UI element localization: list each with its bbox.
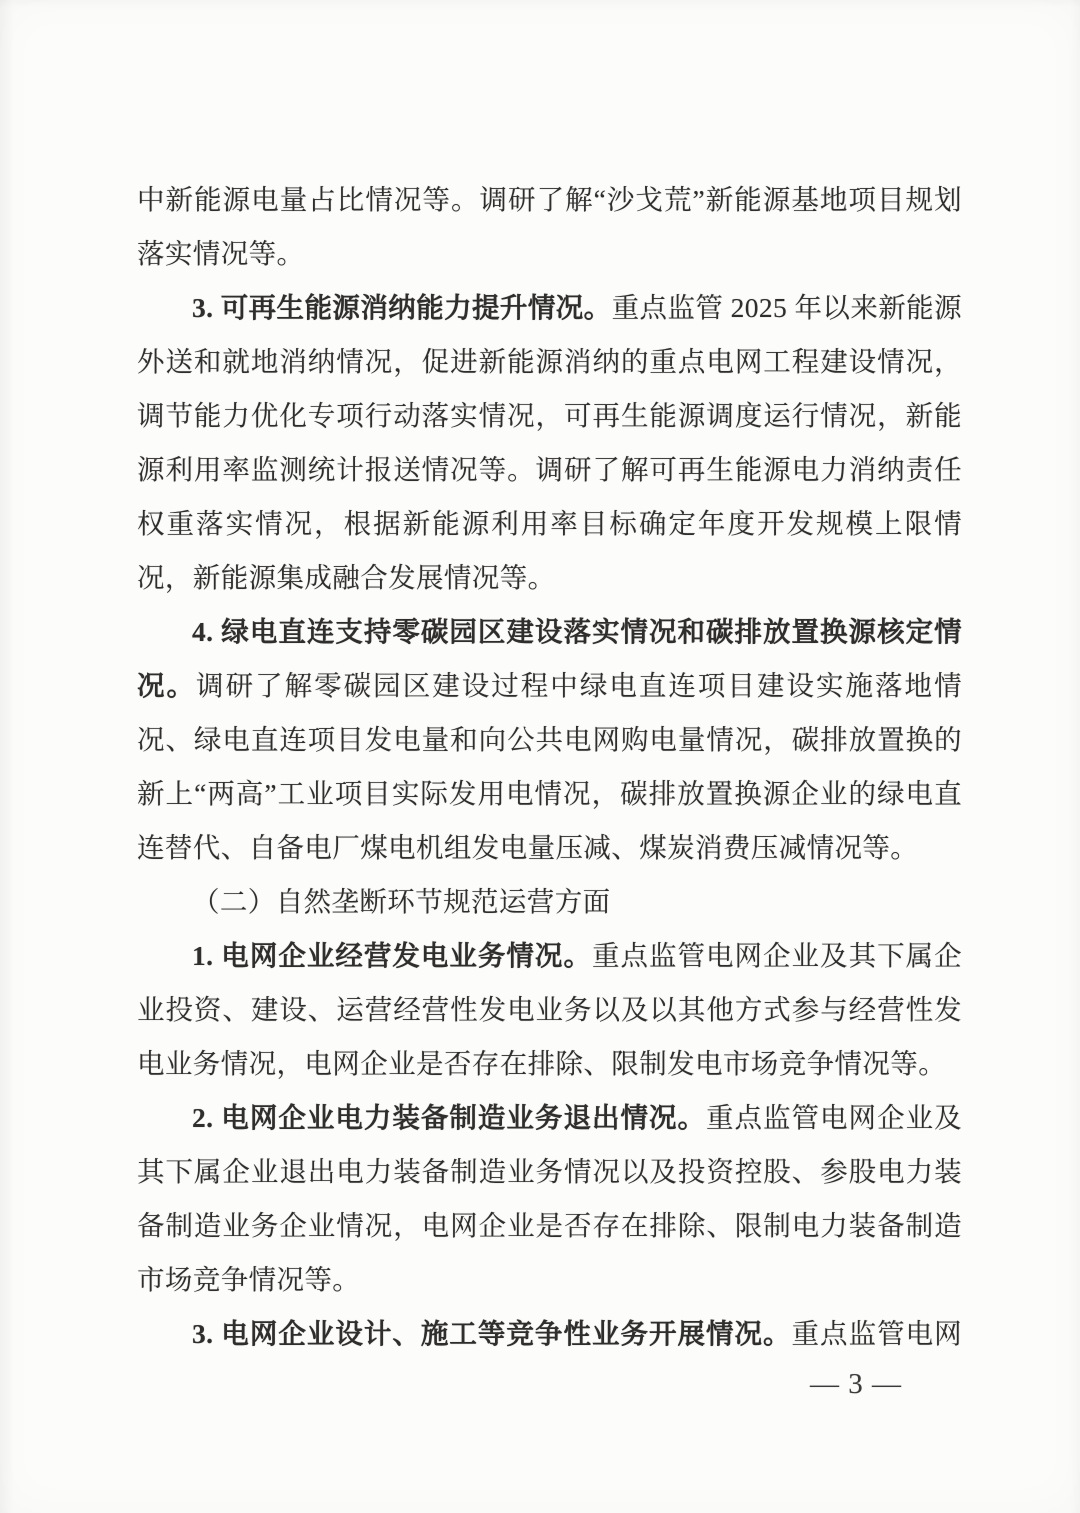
- paragraph-text: 重点监管电网: [792, 1318, 962, 1349]
- paragraph: 2. 电网企业电力装备制造业务退出情况。重点监管电网企业及其下属企业退出电力装备…: [137, 1091, 962, 1307]
- paragraph-bold-lead: 1. 电网企业经营发电业务情况。: [192, 940, 592, 971]
- paragraph: 中新能源电量占比情况等。调研了解“沙戈荒”新能源基地项目规划落实情况等。: [137, 173, 962, 281]
- page-number-footer: — 3 —: [810, 1366, 902, 1402]
- paragraph: 3. 电网企业设计、施工等竞争性业务开展情况。重点监管电网: [137, 1307, 962, 1361]
- section-heading: （二）自然垄断环节规范运营方面: [137, 875, 962, 929]
- document-body: 中新能源电量占比情况等。调研了解“沙戈荒”新能源基地项目规划落实情况等。3. 可…: [137, 173, 962, 1361]
- paragraph-bold-lead: 2. 电网企业电力装备制造业务退出情况。: [192, 1102, 706, 1133]
- paragraph-text: （二）自然垄断环节规范运营方面: [192, 886, 611, 917]
- paragraph-text: 调研了解零碳园区建设过程中绿电直连项目建设实施落地情况、绿电直连项目发电量和向公…: [137, 670, 962, 863]
- paragraph: 4. 绿电直连支持零碳园区建设落实情况和碳排放置换源核定情况。调研了解零碳园区建…: [137, 605, 962, 875]
- paragraph-text: 中新能源电量占比情况等。调研了解“沙戈荒”新能源基地项目规划落实情况等。: [137, 184, 962, 269]
- paragraph: 1. 电网企业经营发电业务情况。重点监管电网企业及其下属企业投资、建设、运营经营…: [137, 929, 962, 1091]
- paragraph-bold-lead: 3. 电网企业设计、施工等竞争性业务开展情况。: [192, 1318, 792, 1349]
- document-page: 中新能源电量占比情况等。调研了解“沙戈荒”新能源基地项目规划落实情况等。3. 可…: [0, 0, 1080, 1513]
- paragraph-bold-lead: 3. 可再生能源消纳能力提升情况。: [192, 292, 612, 323]
- paragraph-text: 重点监管 2025 年以来新能源外送和就地消纳情况，促进新能源消纳的重点电网工程…: [137, 292, 962, 593]
- paragraph: 3. 可再生能源消纳能力提升情况。重点监管 2025 年以来新能源外送和就地消纳…: [137, 281, 962, 605]
